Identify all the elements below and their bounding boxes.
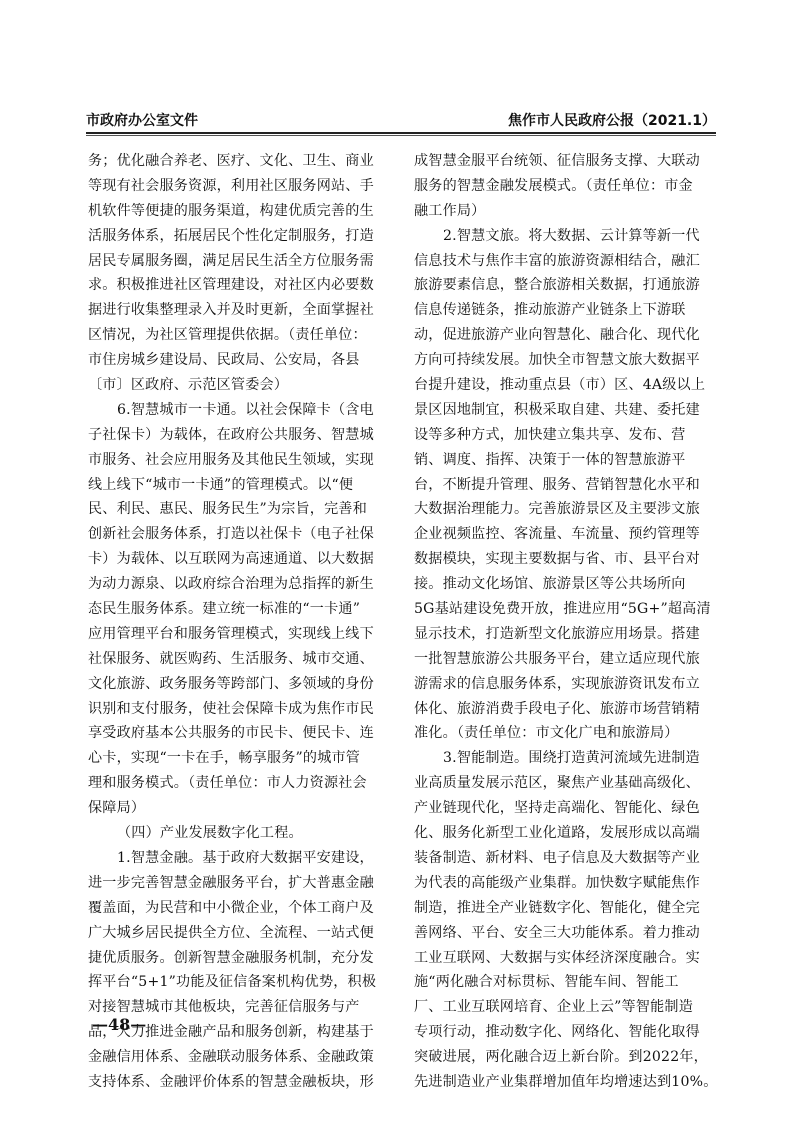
text-line: 态民生服务体系。建立统一标准的“一卡通” <box>88 597 388 622</box>
text-line: 信息传递链条，推动旅游产业链条上下游联 <box>414 298 714 323</box>
text-line: 接。推动文化场馆、旅游景区等公共场所向 <box>414 572 714 597</box>
text-line: 先进制造业产业集群增加值年均增速达到10%。 <box>414 1070 714 1095</box>
text-line: 体化、旅游消费手段电子化、旅游市场营销精 <box>414 697 714 722</box>
text-line: 化、服务化新型工业化道路，发展形成以高端 <box>414 821 714 846</box>
text-line: 旅游要素信息，整合旅游相关数据，打通旅游 <box>414 273 714 298</box>
text-line: 销、调度、指挥、决策于一体的智慧旅游平 <box>414 448 714 473</box>
text-line: 2.智慧文旅。将大数据、云计算等新一代 <box>414 224 714 249</box>
text-line: 产业链现代化，坚持走高端化、智能化、绿色 <box>414 796 714 821</box>
text-line: 台，不断提升管理、服务、营销智慧化水平和 <box>414 473 714 498</box>
text-line: 理和服务模式。（责任单位：市人力资源社会 <box>88 771 388 796</box>
text-line: 3.智能制造。围绕打造黄河流域先进制造 <box>414 746 714 771</box>
text-line: 子社保卡）为载体，在政府公共服务、智慧城 <box>88 423 388 448</box>
text-line: 业高质量发展示范区，聚焦产业基础高级化、 <box>414 771 714 796</box>
header-section-title: 市政府办公室文件 <box>86 110 198 130</box>
text-line: 金融信用体系、金融联动服务体系、金融政策 <box>88 1045 388 1070</box>
left-column: 务；优化融合养老、医疗、文化、卫生、商业等现有社会服务资源，利用社区服务网站、手… <box>88 149 388 1095</box>
text-line: 社保服务、就医购药、生活服务、城市交通、 <box>88 647 388 672</box>
text-line: 卡）为载体、以互联网为高速通道、以大数据 <box>88 547 388 572</box>
text-line: 一批智慧旅游公共服务平台，建立适应现代旅 <box>414 647 714 672</box>
text-line: 文化旅游、政务服务等跨部门、多领域的身份 <box>88 672 388 697</box>
text-line: 厂、工业互联网培育、企业上云”等智能制造 <box>414 995 714 1020</box>
text-line: 务；优化融合养老、医疗、文化、卫生、商业 <box>88 149 388 174</box>
text-line: 施“两化融合对标贯标、智能车间、智能工 <box>414 970 714 995</box>
text-line: 显示技术，打造新型文化旅游应用场景。搭建 <box>414 622 714 647</box>
text-line: 求。积极推进社区管理建设，对社区内必要数 <box>88 273 388 298</box>
text-line: 专项行动，推动数字化、网络化、智能化取得 <box>414 1020 714 1045</box>
text-line: 线上线下“城市一卡通”的管理模式。以“便 <box>88 473 388 498</box>
text-line: 支持体系、金融评价体系的智慧金融板块，形 <box>88 1070 388 1095</box>
text-line: 融工作局） <box>414 199 714 224</box>
text-line: 1.智慧金融。基于政府大数据平安建设， <box>88 846 388 871</box>
text-line: 享受政府基本公共服务的市民卡、便民卡、连 <box>88 721 388 746</box>
text-line: 〔市〕区政府、示范区管委会） <box>88 373 388 398</box>
text-line: 为动力源泉、以政府综合治理为总指挥的新生 <box>88 572 388 597</box>
header-rule-thin <box>86 135 716 136</box>
text-line: 进一步完善智慧金融服务平台，扩大普惠金融 <box>88 871 388 896</box>
text-line: 景区因地制宜，积极采取自建、共建、委托建 <box>414 398 714 423</box>
text-line: 应用管理平台和服务管理模式，实现线上线下 <box>88 622 388 647</box>
text-line: 准化。（责任单位：市文化广电和旅游局） <box>414 721 714 746</box>
text-line: 民、利民、惠民、服务民生”为宗旨，完善和 <box>88 497 388 522</box>
header-publication-title: 焦作市人民政府公报（2021.1） <box>508 110 716 130</box>
text-line: 方向可持续发展。加快全市智慧文旅大数据平 <box>414 348 714 373</box>
header-rule <box>86 132 716 134</box>
text-line: 区情况，为社区管理提供依据。（责任单位： <box>88 323 388 348</box>
text-line: 5G基站建设免费开放，推进应用“5G+”超高清 <box>414 597 714 622</box>
text-line: 企业视频监控、客流量、车流量、预约管理等 <box>414 522 714 547</box>
running-header: 市政府办公室文件 焦作市人民政府公报（2021.1） <box>86 110 716 132</box>
text-line: 工业互联网、大数据与实体经济深度融合。实 <box>414 946 714 971</box>
text-line: 市服务、社会应用服务及其他民生领域，实现 <box>88 448 388 473</box>
text-line: 大数据治理能力。完善旅游景区及主要涉文旅 <box>414 497 714 522</box>
text-line: 装备制造、新材料、电子信息及大数据等产业 <box>414 846 714 871</box>
text-line: 台提升建设，推动重点县（市）区、4A级以上 <box>414 373 714 398</box>
text-line: 设等多种方式，加快建立集共享、发布、营 <box>414 423 714 448</box>
text-line: 信息技术与焦作丰富的旅游资源相结合，融汇 <box>414 249 714 274</box>
right-column: 成智慧金服平台统领、征信服务支撑、大联动服务的智慧金融发展模式。（责任单位：市金… <box>414 149 714 1095</box>
text-line: 识别和支付服务，使社会保障卡成为焦作市民 <box>88 697 388 722</box>
text-line: 制造，推进全产业链数字化、智能化，健全完 <box>414 896 714 921</box>
text-line: 动，促进旅游产业向智慧化、融合化、现代化 <box>414 323 714 348</box>
text-line: 挥平台“5+1”功能及征信备案机构优势，积极 <box>88 970 388 995</box>
text-line: 为代表的高能级产业集群。加快数字赋能焦作 <box>414 871 714 896</box>
text-line: 捷优质服务。创新智慧金融服务机制，充分发 <box>88 946 388 971</box>
text-line: 突破进展，两化融合迈上新台阶。到2022年， <box>414 1045 714 1070</box>
text-line: 机软件等便捷的服务渠道，构建优质完善的生 <box>88 199 388 224</box>
text-line: 成智慧金服平台统领、征信服务支撑、大联动 <box>414 149 714 174</box>
text-line: 心卡，实现“一卡在手，畅享服务”的城市管 <box>88 746 388 771</box>
text-line: 据进行收集整理录入并及时更新，全面掌握社 <box>88 298 388 323</box>
text-line: 覆盖面，为民营和中小微企业，个体工商户及 <box>88 896 388 921</box>
text-line: 善网络、平台、安全三大功能体系。着力推动 <box>414 921 714 946</box>
text-line: 创新社会服务体系，打造以社保卡（电子社保 <box>88 522 388 547</box>
text-line: 活服务体系，拓展居民个性化定制服务，打造 <box>88 224 388 249</box>
text-line: 游需求的信息服务体系，实现旅游资讯发布立 <box>414 672 714 697</box>
section-heading: （四）产业发展数字化工程。 <box>88 821 388 846</box>
text-line: 保障局） <box>88 796 388 821</box>
text-line: 居民专属服务圈，满足居民生活全方位服务需 <box>88 249 388 274</box>
text-line: 市住房城乡建设局、民政局、公安局，各县 <box>88 348 388 373</box>
text-line: 服务的智慧金融发展模式。（责任单位：市金 <box>414 174 714 199</box>
text-line: 等现有社会服务资源，利用社区服务网站、手 <box>88 174 388 199</box>
text-line: 广大城乡居民提供全方位、全流程、一站式便 <box>88 921 388 946</box>
page-number: —48— <box>92 1015 146 1034</box>
text-line: 6.智慧城市一卡通。以社会保障卡（含电 <box>88 398 388 423</box>
text-line: 数据模块，实现主要数据与省、市、县平台对 <box>414 547 714 572</box>
